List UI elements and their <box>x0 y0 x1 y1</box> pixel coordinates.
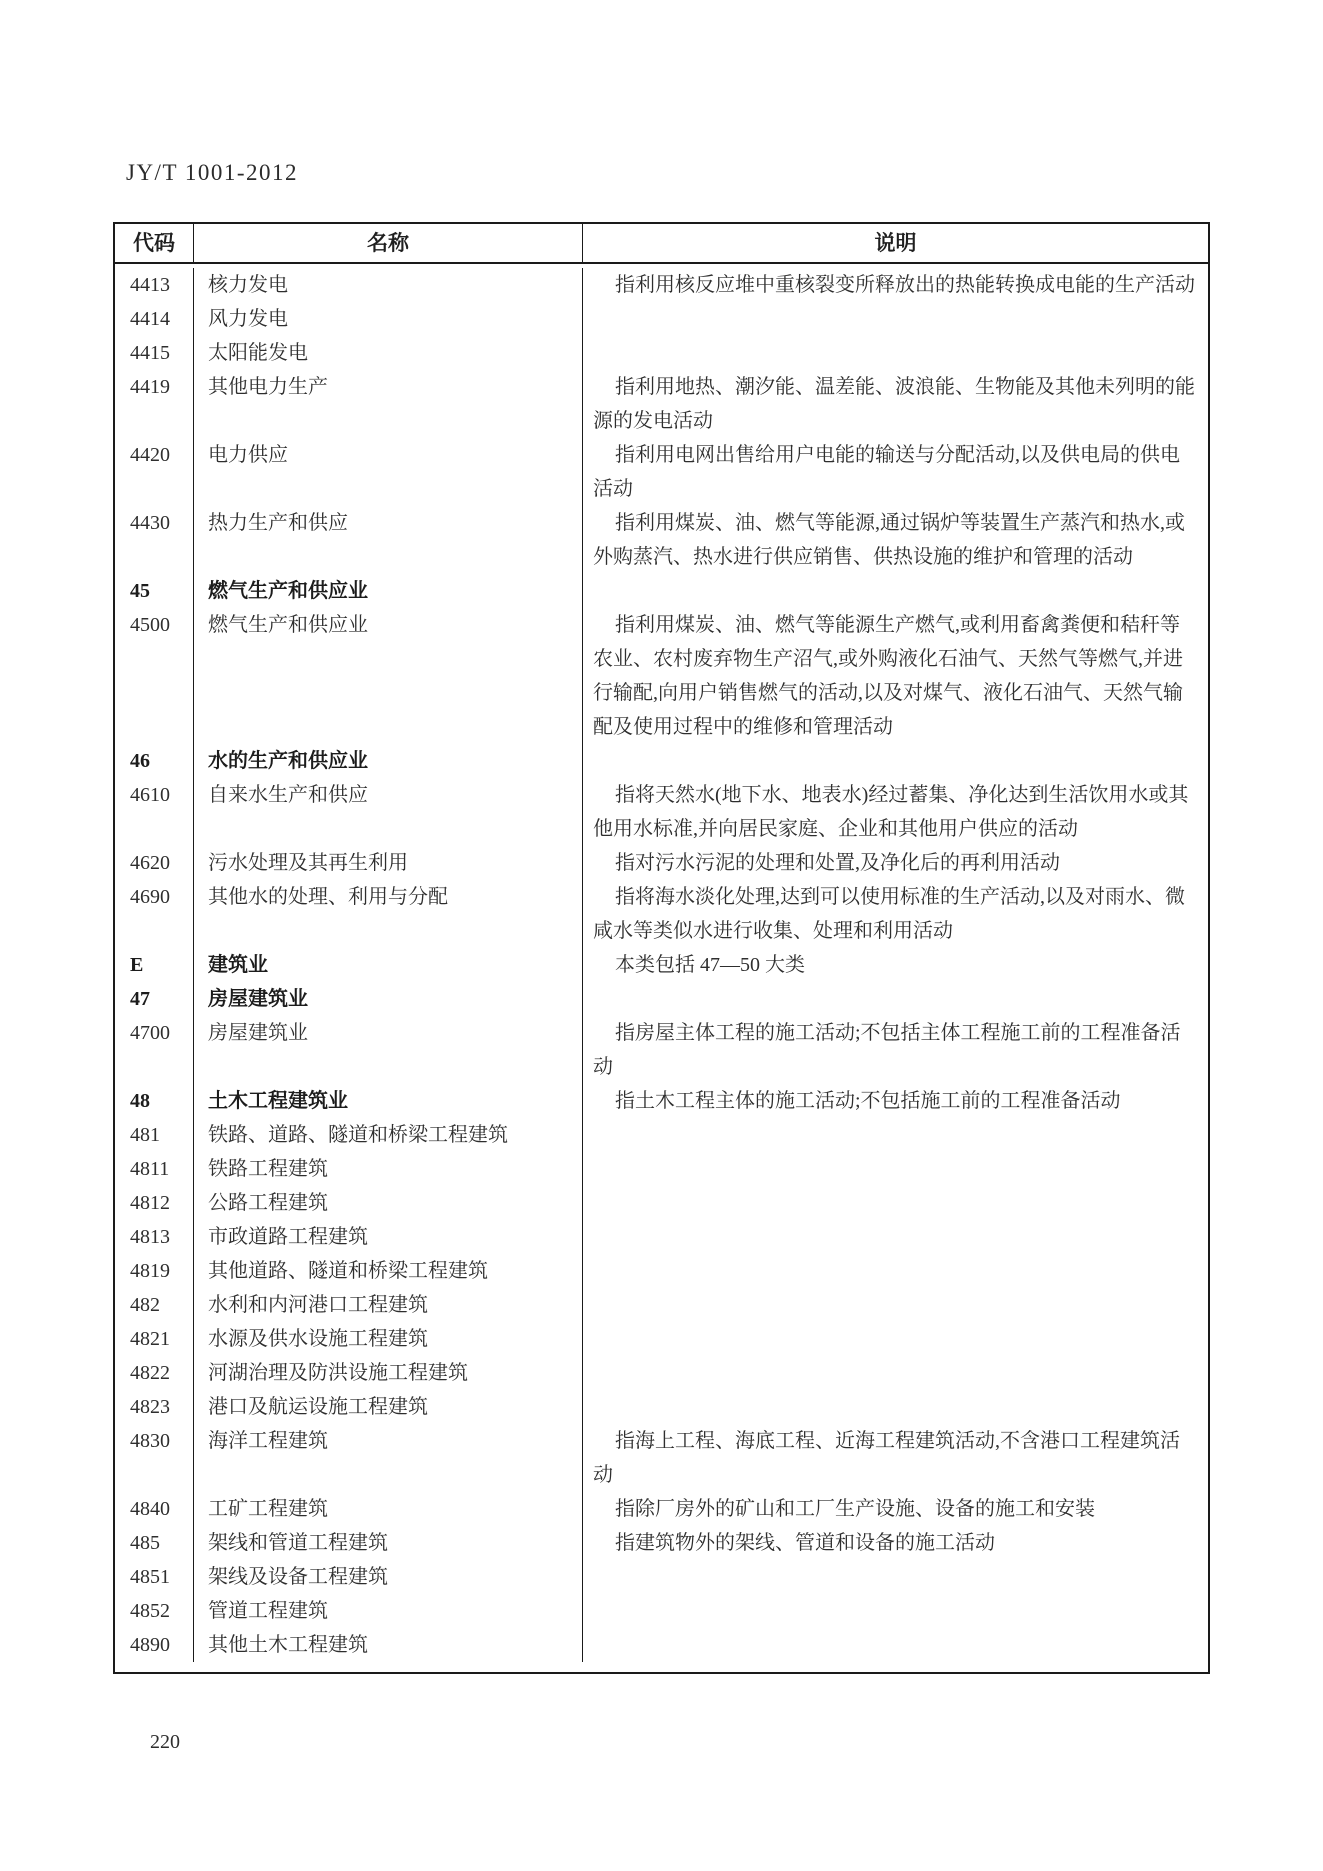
row-code: 4890 <box>115 1628 194 1662</box>
row-description: 指除厂房外的矿山和工厂生产设施、设备的施工和安装 <box>583 1492 1208 1526</box>
table-row: 4610自来水生产和供应指将天然水(地下水、地表水)经过蓄集、净化达到生活饮用水… <box>115 778 1208 846</box>
row-description <box>583 1288 1208 1322</box>
row-name: 其他水的处理、利用与分配 <box>194 880 583 948</box>
row-name: 土木工程建筑业 <box>194 1084 583 1118</box>
row-description: 本类包括 47—50 大类 <box>583 948 1208 982</box>
row-description: 指利用核反应堆中重核裂变所释放出的热能转换成电能的生产活动 <box>583 268 1208 302</box>
row-description: 指利用煤炭、油、燃气等能源生产燃气,或利用畜禽粪便和秸秆等农业、农村废弃物生产沼… <box>583 608 1208 744</box>
table-row: 4413核力发电指利用核反应堆中重核裂变所释放出的热能转换成电能的生产活动 <box>115 268 1208 302</box>
row-name: 架线和管道工程建筑 <box>194 1526 583 1560</box>
row-code: 4420 <box>115 438 194 506</box>
row-name: 核力发电 <box>194 268 583 302</box>
row-name: 其他土木工程建筑 <box>194 1628 583 1662</box>
classification-table: 代码 名称 说明 4413核力发电指利用核反应堆中重核裂变所释放出的热能转换成电… <box>113 222 1210 1674</box>
row-description <box>583 302 1208 336</box>
row-name: 海洋工程建筑 <box>194 1424 583 1492</box>
row-code: 4821 <box>115 1322 194 1356</box>
row-description <box>583 1186 1208 1220</box>
row-code: 4690 <box>115 880 194 948</box>
table-row: 4890其他土木工程建筑 <box>115 1628 1208 1662</box>
row-code: 4819 <box>115 1254 194 1288</box>
row-name: 其他电力生产 <box>194 370 583 438</box>
table-row: 4830海洋工程建筑指海上工程、海底工程、近海工程建筑活动,不含港口工程建筑活动 <box>115 1424 1208 1492</box>
row-description <box>583 1560 1208 1594</box>
row-name: 市政道路工程建筑 <box>194 1220 583 1254</box>
row-code: 4415 <box>115 336 194 370</box>
column-header-code: 代码 <box>115 224 194 262</box>
row-description <box>583 1628 1208 1662</box>
row-description: 指将天然水(地下水、地表水)经过蓄集、净化达到生活饮用水或其他用水标准,并向居民… <box>583 778 1208 846</box>
table-row: 4500燃气生产和供应业指利用煤炭、油、燃气等能源生产燃气,或利用畜禽粪便和秸秆… <box>115 608 1208 744</box>
row-name: 热力生产和供应 <box>194 506 583 574</box>
row-code: 4610 <box>115 778 194 846</box>
table-row: 48土木工程建筑业指土木工程主体的施工活动;不包括施工前的工程准备活动 <box>115 1084 1208 1118</box>
doc-code: JY/T 1001-2012 <box>126 160 298 186</box>
row-description: 指将海水淡化处理,达到可以使用标准的生产活动,以及对雨水、微咸水等类似水进行收集… <box>583 880 1208 948</box>
table-row: 4840工矿工程建筑指除厂房外的矿山和工厂生产设施、设备的施工和安装 <box>115 1492 1208 1526</box>
row-code: 48 <box>115 1084 194 1118</box>
row-description <box>583 1594 1208 1628</box>
table-row: 45燃气生产和供应业 <box>115 574 1208 608</box>
row-code: 485 <box>115 1526 194 1560</box>
row-code: 4811 <box>115 1152 194 1186</box>
row-name: 公路工程建筑 <box>194 1186 583 1220</box>
column-header-name: 名称 <box>194 224 583 262</box>
row-name: 燃气生产和供应业 <box>194 608 583 744</box>
column-header-description: 说明 <box>583 224 1208 262</box>
row-name: 水的生产和供应业 <box>194 744 583 778</box>
row-description <box>583 1220 1208 1254</box>
row-description <box>583 982 1208 1016</box>
row-code: 4851 <box>115 1560 194 1594</box>
row-description: 指利用煤炭、油、燃气等能源,通过锅炉等装置生产蒸汽和热水,或外购蒸汽、热水进行供… <box>583 506 1208 574</box>
row-name: 太阳能发电 <box>194 336 583 370</box>
row-name: 港口及航运设施工程建筑 <box>194 1390 583 1424</box>
table-row: 4852管道工程建筑 <box>115 1594 1208 1628</box>
table-row: 4419其他电力生产指利用地热、潮汐能、温差能、波浪能、生物能及其他未列明的能源… <box>115 370 1208 438</box>
row-code: 4830 <box>115 1424 194 1492</box>
row-name: 其他道路、隧道和桥梁工程建筑 <box>194 1254 583 1288</box>
row-description <box>583 574 1208 608</box>
row-name: 自来水生产和供应 <box>194 778 583 846</box>
row-description <box>583 336 1208 370</box>
table-row: E建筑业本类包括 47—50 大类 <box>115 948 1208 982</box>
row-description <box>583 1152 1208 1186</box>
row-name: 管道工程建筑 <box>194 1594 583 1628</box>
row-description: 指海上工程、海底工程、近海工程建筑活动,不含港口工程建筑活动 <box>583 1424 1208 1492</box>
row-code: 4813 <box>115 1220 194 1254</box>
row-description <box>583 1390 1208 1424</box>
table-row: 4823港口及航运设施工程建筑 <box>115 1390 1208 1424</box>
row-code: 4852 <box>115 1594 194 1628</box>
row-code: 4822 <box>115 1356 194 1390</box>
row-name: 建筑业 <box>194 948 583 982</box>
table-row: 4812公路工程建筑 <box>115 1186 1208 1220</box>
row-description <box>583 1254 1208 1288</box>
table-row: 4819其他道路、隧道和桥梁工程建筑 <box>115 1254 1208 1288</box>
row-code: 481 <box>115 1118 194 1152</box>
table-row: 481铁路、道路、隧道和桥梁工程建筑 <box>115 1118 1208 1152</box>
row-code: 4500 <box>115 608 194 744</box>
table-body: 4413核力发电指利用核反应堆中重核裂变所释放出的热能转换成电能的生产活动441… <box>115 264 1208 1672</box>
row-description <box>583 1322 1208 1356</box>
row-name: 房屋建筑业 <box>194 982 583 1016</box>
row-code: 482 <box>115 1288 194 1322</box>
table-row: 46水的生产和供应业 <box>115 744 1208 778</box>
row-description: 指建筑物外的架线、管道和设备的施工活动 <box>583 1526 1208 1560</box>
table-row: 4420电力供应指利用电网出售给用户电能的输送与分配活动,以及供电局的供电活动 <box>115 438 1208 506</box>
row-description: 指利用地热、潮汐能、温差能、波浪能、生物能及其他未列明的能源的发电活动 <box>583 370 1208 438</box>
row-name: 水源及供水设施工程建筑 <box>194 1322 583 1356</box>
table-row: 482水利和内河港口工程建筑 <box>115 1288 1208 1322</box>
table-row: 4620污水处理及其再生利用指对污水污泥的处理和处置,及净化后的再利用活动 <box>115 846 1208 880</box>
table-row: 4822河湖治理及防洪设施工程建筑 <box>115 1356 1208 1390</box>
table-row: 4430热力生产和供应指利用煤炭、油、燃气等能源,通过锅炉等装置生产蒸汽和热水,… <box>115 506 1208 574</box>
table-row: 4821水源及供水设施工程建筑 <box>115 1322 1208 1356</box>
row-code: 45 <box>115 574 194 608</box>
row-code: 47 <box>115 982 194 1016</box>
row-code: 4823 <box>115 1390 194 1424</box>
row-name: 电力供应 <box>194 438 583 506</box>
row-description: 指对污水污泥的处理和处置,及净化后的再利用活动 <box>583 846 1208 880</box>
table-row: 4700房屋建筑业指房屋主体工程的施工活动;不包括主体工程施工前的工程准备活动 <box>115 1016 1208 1084</box>
row-code: 46 <box>115 744 194 778</box>
table-row: 47房屋建筑业 <box>115 982 1208 1016</box>
row-code: 4840 <box>115 1492 194 1526</box>
row-code: 4413 <box>115 268 194 302</box>
row-description: 指土木工程主体的施工活动;不包括施工前的工程准备活动 <box>583 1084 1208 1118</box>
row-name: 工矿工程建筑 <box>194 1492 583 1526</box>
table-row: 4851架线及设备工程建筑 <box>115 1560 1208 1594</box>
table-row: 4813市政道路工程建筑 <box>115 1220 1208 1254</box>
row-name: 房屋建筑业 <box>194 1016 583 1084</box>
document-page: JY/T 1001-2012 代码 名称 说明 4413核力发电指利用核反应堆中… <box>0 0 1323 1871</box>
row-name: 燃气生产和供应业 <box>194 574 583 608</box>
row-description <box>583 744 1208 778</box>
row-name: 水利和内河港口工程建筑 <box>194 1288 583 1322</box>
row-code: 4620 <box>115 846 194 880</box>
row-code: 4414 <box>115 302 194 336</box>
page-number: 220 <box>150 1731 180 1754</box>
table-row: 4414风力发电 <box>115 302 1208 336</box>
table-header-row: 代码 名称 说明 <box>115 224 1208 264</box>
table-row: 4415太阳能发电 <box>115 336 1208 370</box>
row-code: 4812 <box>115 1186 194 1220</box>
table-row: 4811铁路工程建筑 <box>115 1152 1208 1186</box>
table-row: 485架线和管道工程建筑指建筑物外的架线、管道和设备的施工活动 <box>115 1526 1208 1560</box>
row-description <box>583 1356 1208 1390</box>
row-name: 河湖治理及防洪设施工程建筑 <box>194 1356 583 1390</box>
row-name: 铁路工程建筑 <box>194 1152 583 1186</box>
row-name: 架线及设备工程建筑 <box>194 1560 583 1594</box>
row-name: 风力发电 <box>194 302 583 336</box>
row-code: E <box>115 948 194 982</box>
row-code: 4419 <box>115 370 194 438</box>
table-row: 4690其他水的处理、利用与分配指将海水淡化处理,达到可以使用标准的生产活动,以… <box>115 880 1208 948</box>
row-name: 污水处理及其再生利用 <box>194 846 583 880</box>
row-description <box>583 1118 1208 1152</box>
row-code: 4430 <box>115 506 194 574</box>
row-code: 4700 <box>115 1016 194 1084</box>
row-description: 指利用电网出售给用户电能的输送与分配活动,以及供电局的供电活动 <box>583 438 1208 506</box>
row-description: 指房屋主体工程的施工活动;不包括主体工程施工前的工程准备活动 <box>583 1016 1208 1084</box>
row-name: 铁路、道路、隧道和桥梁工程建筑 <box>194 1118 583 1152</box>
